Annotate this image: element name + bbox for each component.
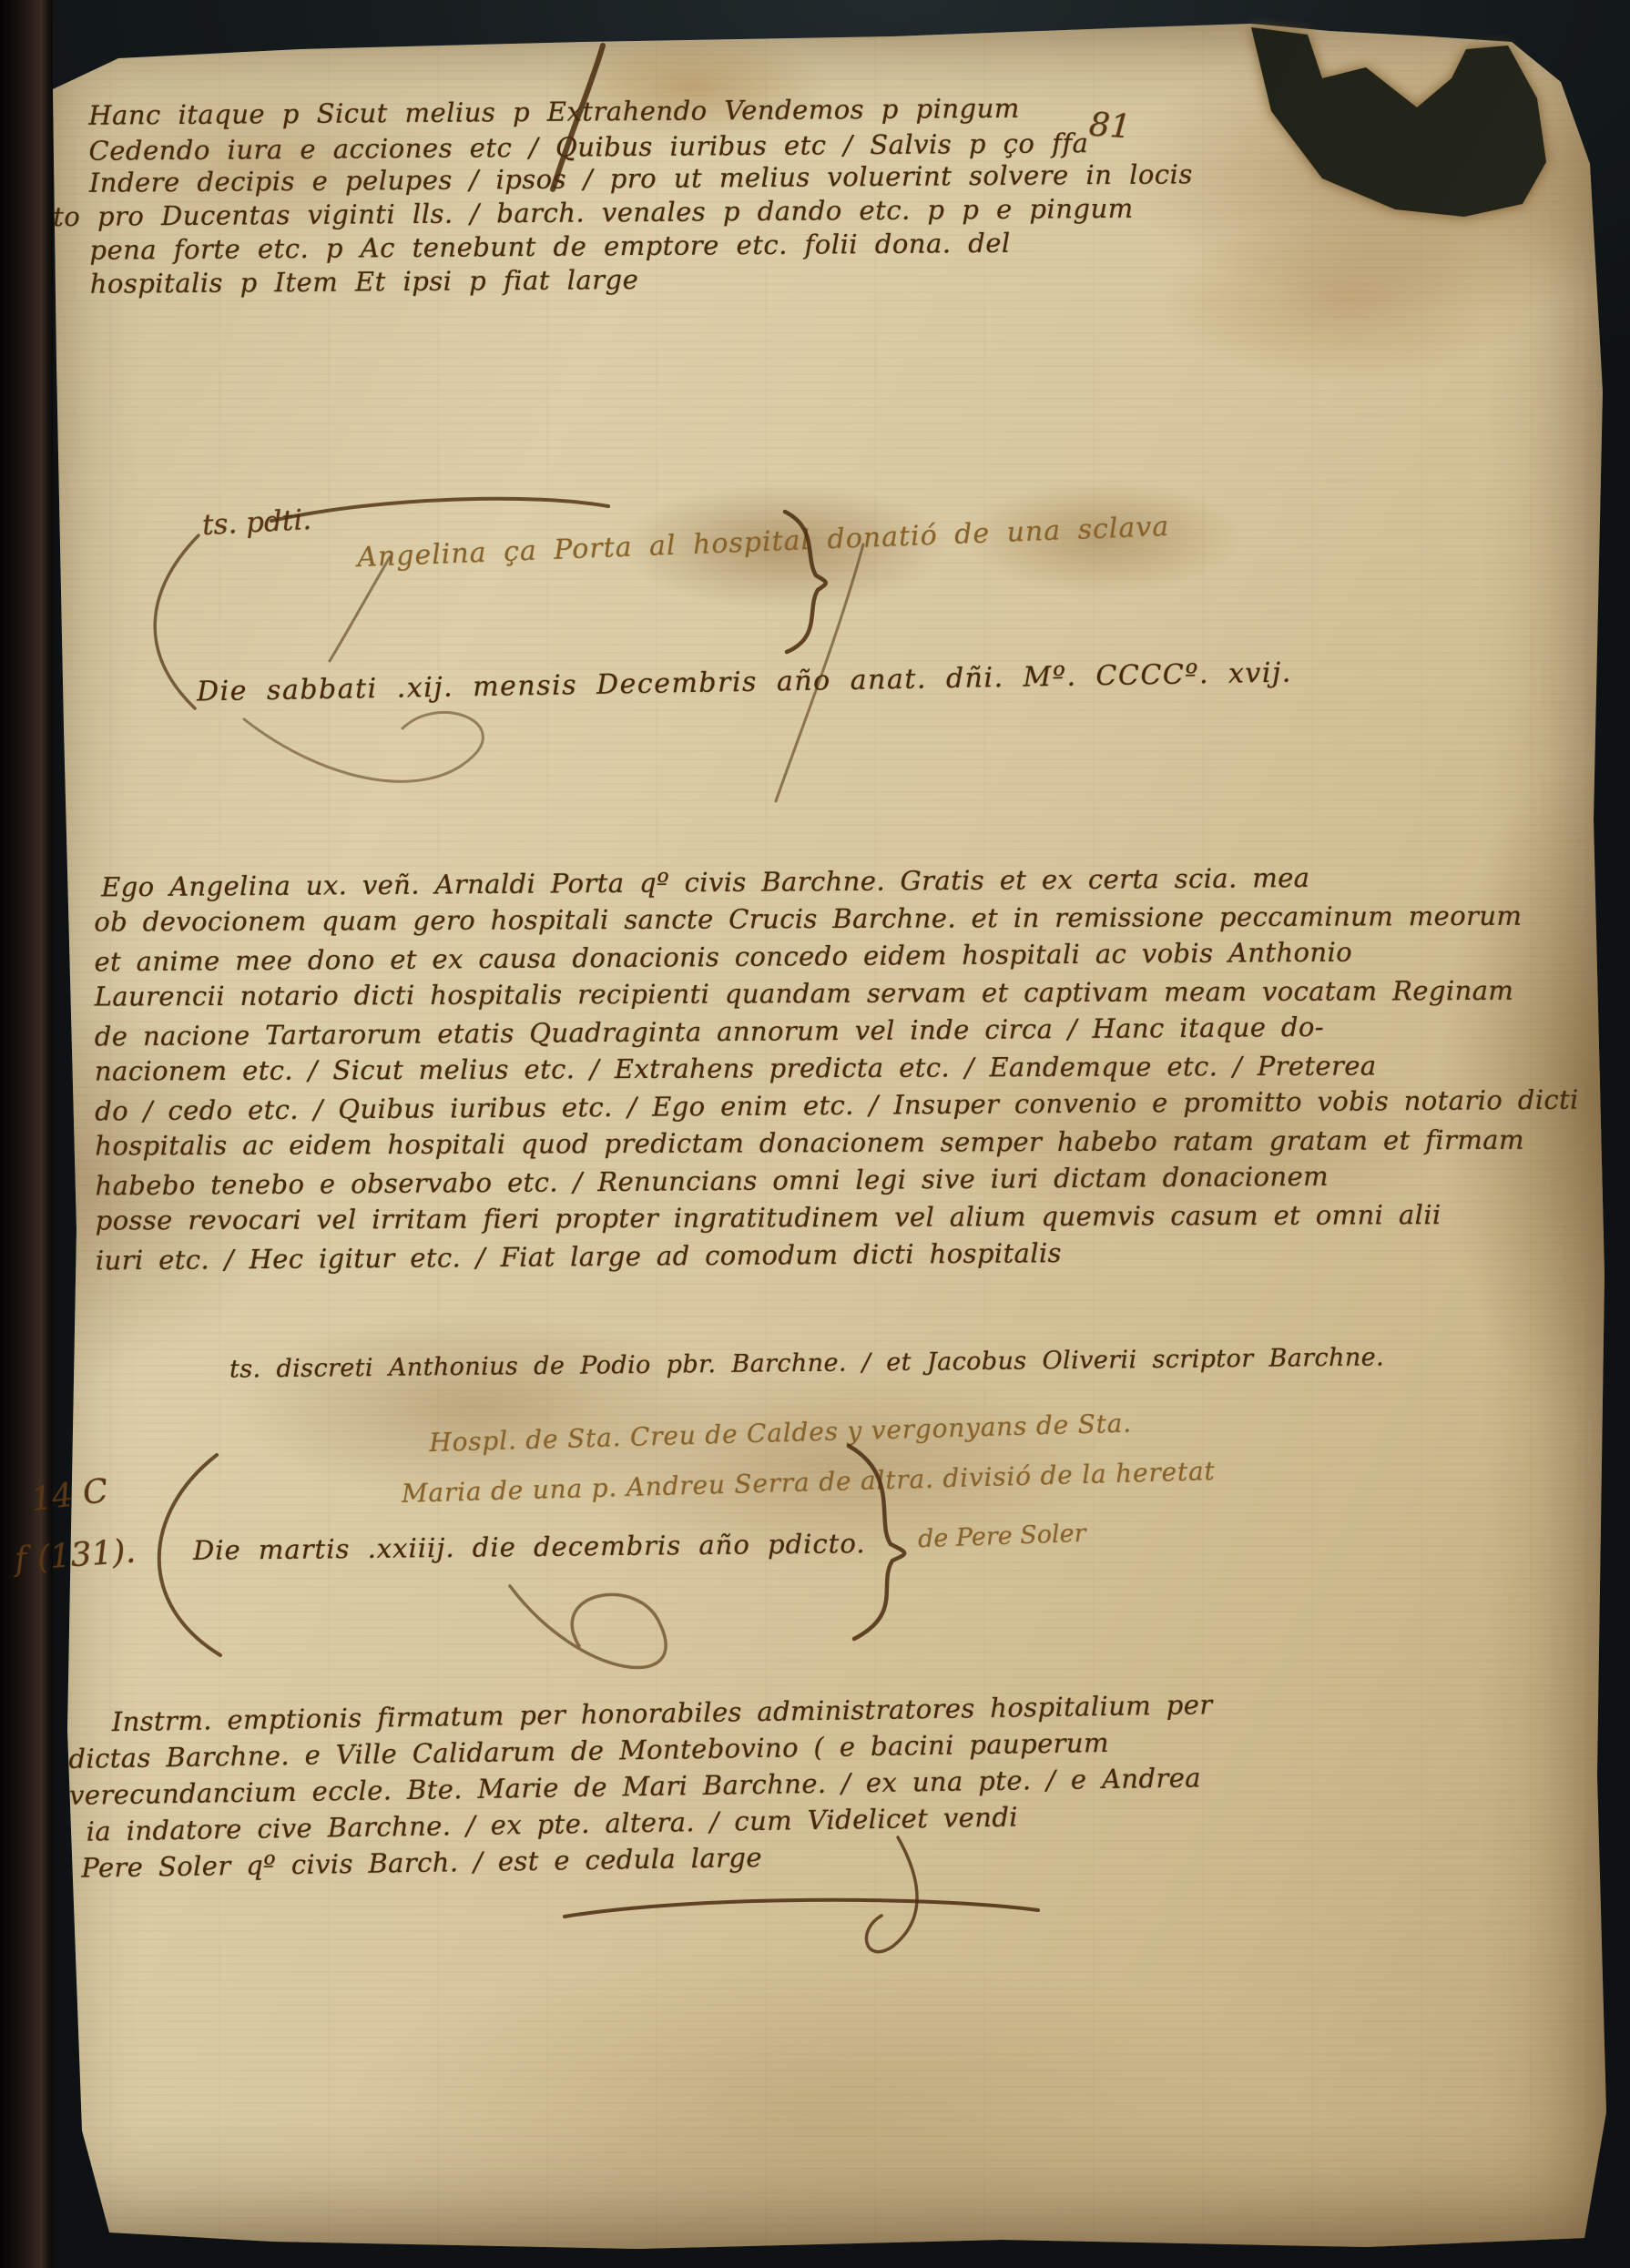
entry2-body-paragraph: Instrm. emptionis firmatum per honorabil… — [68, 1686, 1216, 1887]
entry1-body-paragraph: Ego Angelina ux. veñ. Arnaldi Porta qº c… — [94, 859, 1580, 1276]
previous-deed-clauses: Hanc itaque p Sicut melius p Extrahendo … — [88, 90, 1194, 301]
entry2-side-note: de Pere Soler — [918, 1520, 1087, 1553]
witness-margin-note: ts. pdti. — [201, 503, 312, 542]
book-spine — [0, 0, 53, 2268]
manuscript-scan: 81 Hanc itaque p Sicut melius p Extrahen… — [0, 0, 1630, 2268]
